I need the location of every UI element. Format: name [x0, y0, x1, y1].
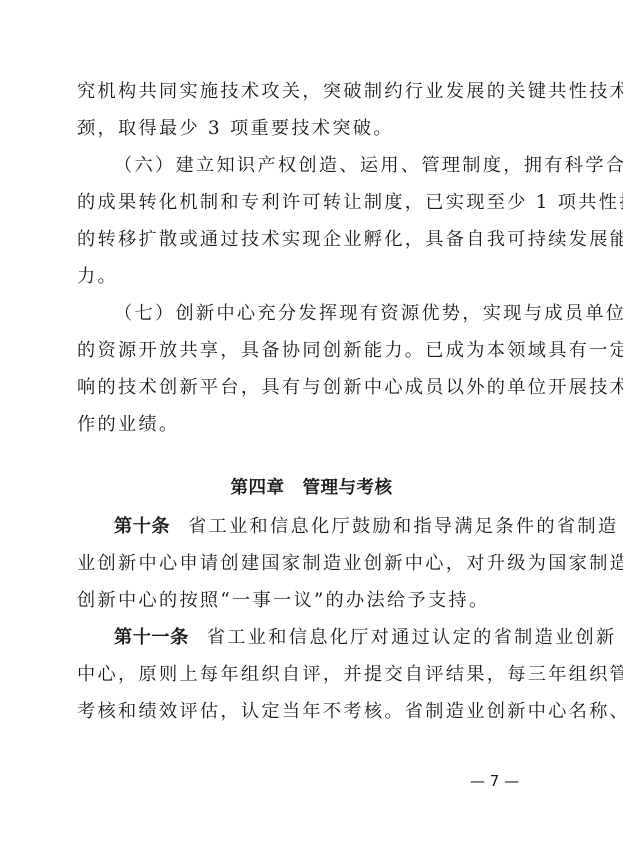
article-ten-first-line: 第十条省工业和信息化厅鼓励和指导满足条件的省制造: [114, 513, 545, 541]
body-text-line: 中心，原则上每年组织自评，并提交自评结果，每三年组织管理: [77, 661, 545, 689]
body-text-line: 作的业绩。: [77, 411, 545, 439]
article-text: 省工业和信息化厅对通过认定的省制造业创新: [207, 627, 617, 648]
clause-seven-line: （七）创新中心充分发挥现有资源优势，实现与成员单位间: [114, 300, 545, 328]
body-text-line: 颈，取得最少 3 项重要技术突破。: [77, 115, 545, 143]
page-number: — 7 —: [470, 769, 519, 793]
body-text-line: 创新中心的按照“一事一议”的办法给予支持。: [77, 587, 545, 615]
chapter-title: 管理与考核: [303, 478, 393, 498]
body-text-line: 究机构共同实施技术攻关，突破制约行业发展的关键共性技术瓶: [77, 78, 545, 106]
body-text-line: 的资源开放共享，具备协同创新能力。已成为本领域具有一定影: [77, 337, 545, 365]
chapter-number: 第四章: [231, 478, 285, 498]
document-page: 究机构共同实施技术攻关，突破制约行业发展的关键共性技术瓶 颈，取得最少 3 项重…: [0, 0, 623, 859]
article-text: 省工业和信息化厅鼓励和指导满足条件的省制造: [188, 516, 618, 537]
body-text-line: 的转移扩散或通过技术实现企业孵化，具备自我可持续发展能: [77, 226, 545, 254]
body-text-line: 考核和绩效评估，认定当年不考核。省制造业创新中心名称、牵: [77, 698, 545, 726]
article-label: 第十一条: [114, 627, 189, 648]
body-text-line: 业创新中心申请创建国家制造业创新中心，对升级为国家制造业: [77, 550, 545, 578]
body-text-line: 的成果转化机制和专利许可转让制度，已实现至少 1 项共性技术: [77, 189, 545, 217]
clause-six-line: （六）建立知识产权创造、运用、管理制度，拥有科学合理: [114, 152, 545, 180]
article-eleven-first-line: 第十一条省工业和信息化厅对通过认定的省制造业创新: [114, 624, 545, 652]
article-label: 第十条: [114, 516, 170, 537]
body-text-line: 响的技术创新平台，具有与创新中心成员以外的单位开展技术合: [77, 374, 545, 402]
chapter-heading: 第四章管理与考核: [0, 474, 623, 502]
body-text-line: 力。: [77, 263, 545, 291]
